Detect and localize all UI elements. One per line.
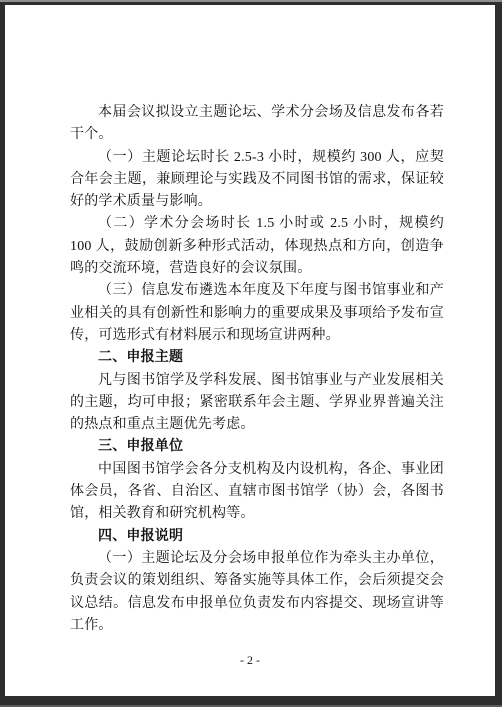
paragraph: 凡与图书馆学及学科发展、图书馆事业与产业发展相关的主题，均可申报；紧密联系年会主… xyxy=(70,370,444,437)
document-page: 本届会议拟设立主题论坛、学术分会场及信息发布各若干个。（一）主题论坛时长 2.5… xyxy=(5,5,495,696)
page-body-text: 本届会议拟设立主题论坛、学术分会场及信息发布各若干个。（一）主题论坛时长 2.5… xyxy=(70,102,444,637)
paragraph: 中国图书馆学会各分支机构及内设机构，各企、事业团体会员，各省、自治区、直辖市图书… xyxy=(70,459,444,526)
paragraph: （一）主题论坛及分会场申报单位作为牵头主办单位，负责会议的策划组织、筹备实施等具… xyxy=(70,548,444,637)
paragraph: （二）学术分会场时长 1.5 小时或 2.5 小时，规模约 100 人，鼓励创新… xyxy=(70,213,444,280)
paragraph: 本届会议拟设立主题论坛、学术分会场及信息发布各若干个。 xyxy=(70,102,444,147)
paragraph: （一）主题论坛时长 2.5-3 小时，规模约 300 人，应契合年会主题，兼顾理… xyxy=(70,147,444,214)
scanned-page-frame: 本届会议拟设立主题论坛、学术分会场及信息发布各若干个。（一）主题论坛时长 2.5… xyxy=(0,0,502,707)
paragraph: （三）信息发布遴选本年度及下年度与图书馆事业和产业相关的具有创新性和影响力的重要… xyxy=(70,280,444,347)
page-number: - 2 - xyxy=(5,653,495,668)
section-heading: 四、申报说明 xyxy=(70,526,444,548)
section-heading: 三、申报单位 xyxy=(70,436,444,458)
section-heading: 二、申报主题 xyxy=(70,347,444,369)
